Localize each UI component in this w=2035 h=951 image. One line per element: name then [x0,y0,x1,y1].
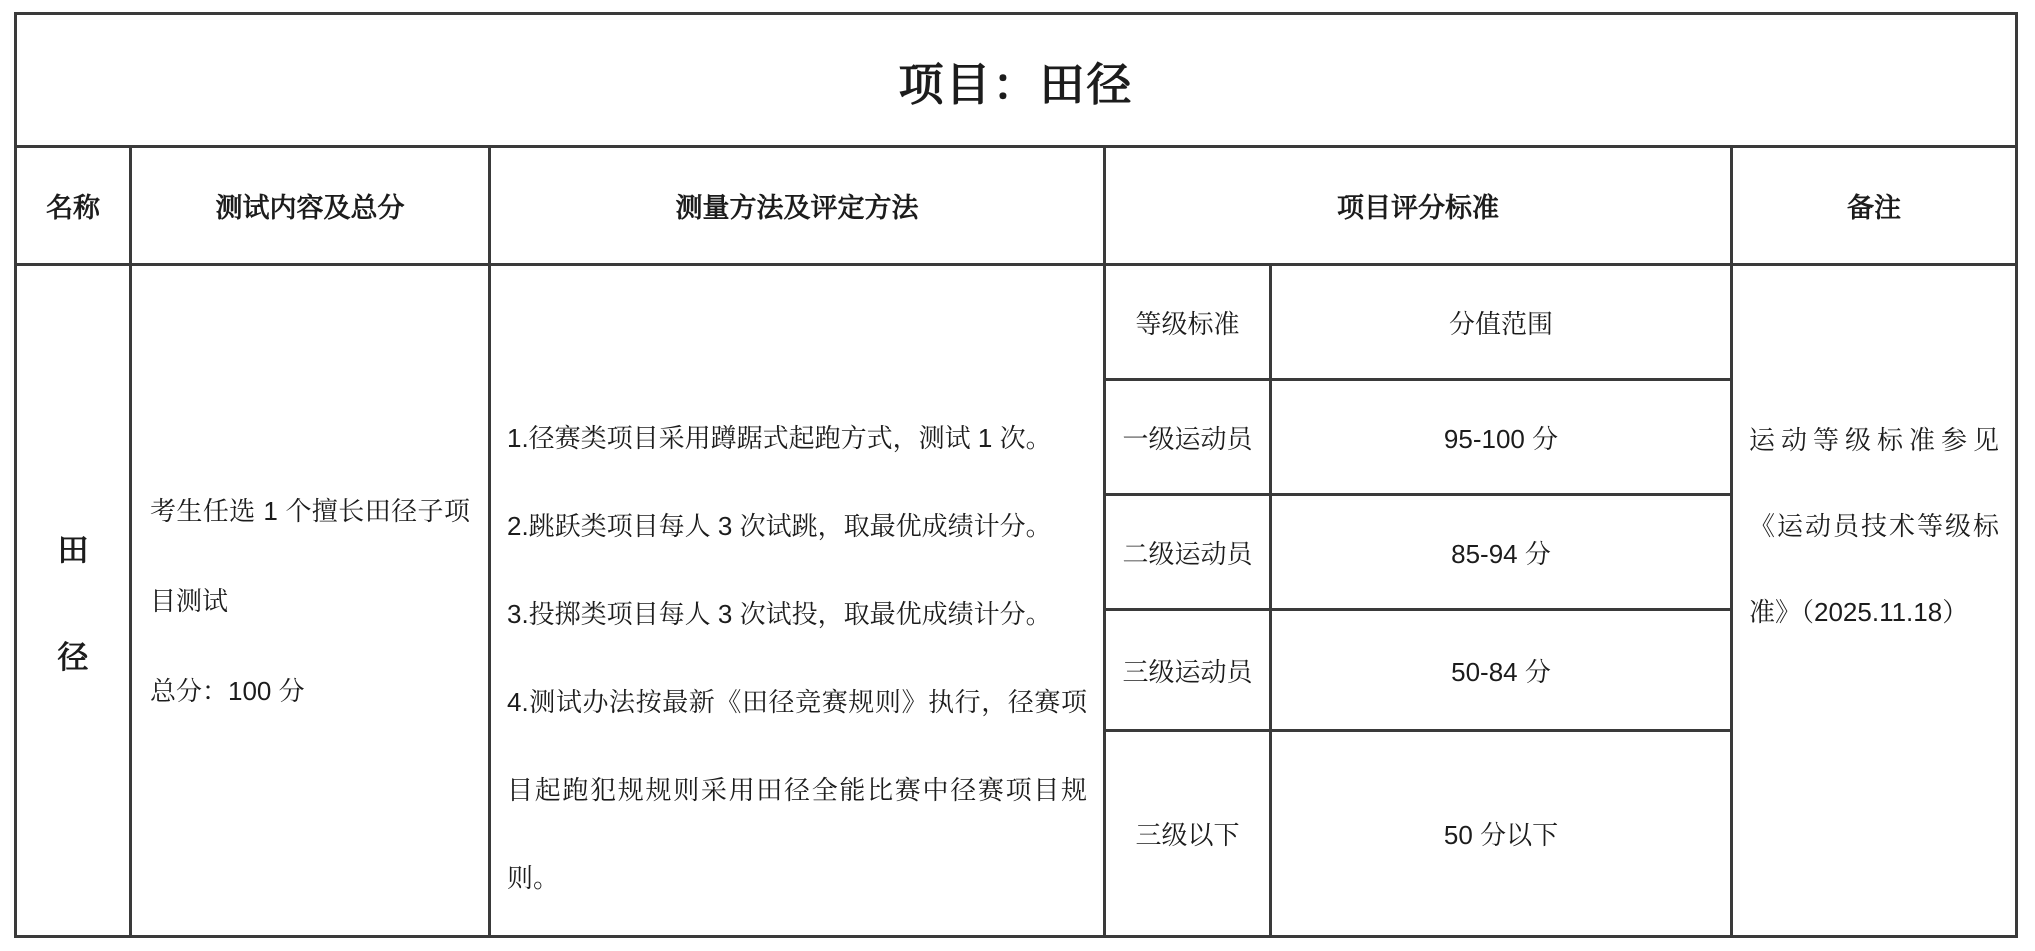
scoring-table: 项目：田径 名称 测试内容及总分 测量方法及评定方法 项目评分标准 备注 田 径… [14,12,2018,938]
total-score-paragraph: 总分：100 分 [150,646,470,736]
method-item-1: 1.径赛类项目采用蹲踞式起跑方式，测试 1 次。 [507,394,1087,482]
rating-range-below-level3: 50 分以下 [1272,732,1730,935]
test-content-paragraph: 考生任选 1 个擅长田径子项目测试 [150,466,470,646]
column-header-rating-standard: 项目评分标准 [1106,148,1730,263]
event-name-char-1: 田 [58,525,89,570]
document-title: 项目：田径 [17,15,2015,145]
test-content-cell: 考生任选 1 个擅长田径子项目测试 总分：100 分 [132,266,488,935]
rating-range-level1: 95-100 分 [1272,381,1730,493]
event-name-cell: 田 径 [17,266,129,935]
remark-cell: 运动等级标准参见《运动员技术等级标准》（2025.11.18） [1733,266,2015,935]
column-header-remark: 备注 [1733,148,2015,263]
rating-range-level3: 50-84 分 [1272,611,1730,729]
column-header-method: 测量方法及评定方法 [491,148,1103,263]
remark-text: 运动等级标准参见《运动员技术等级标准》（2025.11.18） [1749,397,1999,655]
document-page: 项目：田径 名称 测试内容及总分 测量方法及评定方法 项目评分标准 备注 田 径… [0,0,2035,951]
method-item-2: 2.跳跃类项目每人 3 次试跳，取最优成绩计分。 [507,482,1087,570]
rating-range-header: 分值范围 [1272,266,1730,378]
method-item-3: 3.投掷类项目每人 3 次试投，取最优成绩计分。 [507,570,1087,658]
column-header-test-content: 测试内容及总分 [132,148,488,263]
column-header-name: 名称 [17,148,129,263]
rating-grade-level3: 三级运动员 [1106,611,1269,729]
rating-grade-header: 等级标准 [1106,266,1269,378]
rating-grade-level2: 二级运动员 [1106,496,1269,608]
method-cell: 1.径赛类项目采用蹲踞式起跑方式，测试 1 次。 2.跳跃类项目每人 3 次试跳… [491,266,1103,935]
event-name-char-2: 径 [58,632,89,677]
method-item-4: 4.测试办法按最新《田径竞赛规则》执行，径赛项目起跑犯规规则采用田径全能比赛中径… [507,658,1087,922]
rating-grade-below-level3: 三级以下 [1106,732,1269,935]
rating-grade-level1: 一级运动员 [1106,381,1269,493]
rating-range-level2: 85-94 分 [1272,496,1730,608]
